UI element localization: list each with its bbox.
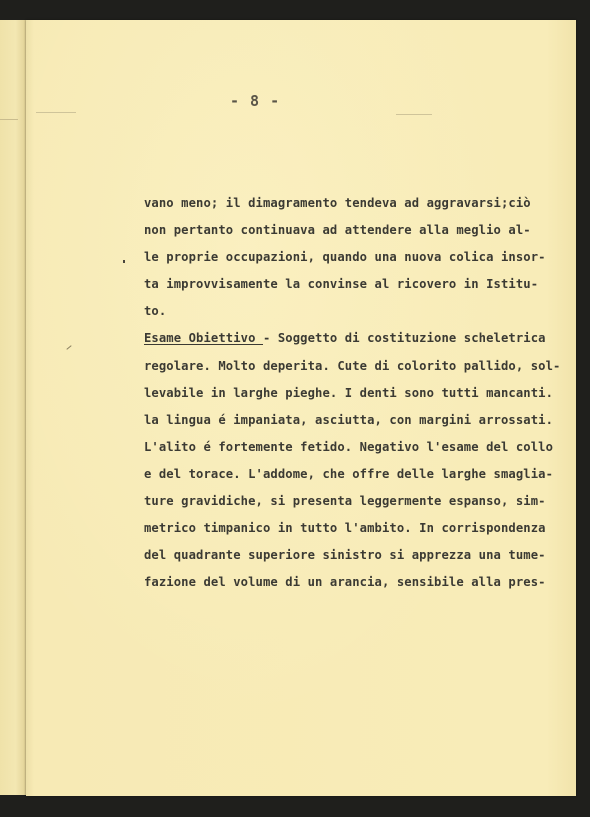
pencil-mark: [66, 345, 71, 350]
page-number: - 8 -: [26, 92, 576, 110]
text-line: del quadrante superiore sinistro si appr…: [144, 542, 574, 569]
text-line: L'alito é fortemente fetido. Negativo l'…: [144, 434, 574, 461]
text-line: e del torace. L'addome, che offre delle …: [144, 461, 574, 488]
text-line: to.: [144, 298, 574, 325]
text-line: non pertanto continuava ad attendere all…: [144, 217, 574, 244]
faint-rule-right: [396, 114, 432, 115]
document-page: - 8 - vano meno; il dimagramento tendeva…: [26, 20, 576, 796]
text-line: vano meno; il dimagramento tendeva ad ag…: [144, 190, 574, 217]
text-line: le proprie occupazioni, quando una nuova…: [144, 244, 574, 271]
text-line: ture gravidiche, si presenta leggermente…: [144, 488, 574, 515]
previous-page-edge: [0, 20, 26, 795]
text-line-with-heading: Esame Obiettivo - Soggetto di costituzio…: [144, 325, 574, 352]
ink-dot: [123, 260, 125, 263]
faint-rule-left: [36, 112, 76, 113]
text-line: fazione del volume di un arancia, sensib…: [144, 569, 574, 596]
text-line: metrico timpanico in tutto l'ambito. In …: [144, 515, 574, 542]
text-line: ta improvvisamente la convinse al ricove…: [144, 271, 574, 298]
typewritten-text: vano meno; il dimagramento tendeva ad ag…: [144, 190, 574, 596]
text-line: levabile in larghe pieghe. I denti sono …: [144, 380, 574, 407]
previous-page-mark: [0, 119, 18, 120]
scanned-document: - 8 - vano meno; il dimagramento tendeva…: [0, 0, 590, 817]
text-line: la lingua é impaniata, asciutta, con mar…: [144, 407, 574, 434]
text-line-continuation: - Soggetto di costituzione scheletrica: [263, 331, 546, 345]
text-line: regolare. Molto deperita. Cute di colori…: [144, 353, 574, 380]
section-heading: Esame Obiettivo: [144, 331, 263, 345]
